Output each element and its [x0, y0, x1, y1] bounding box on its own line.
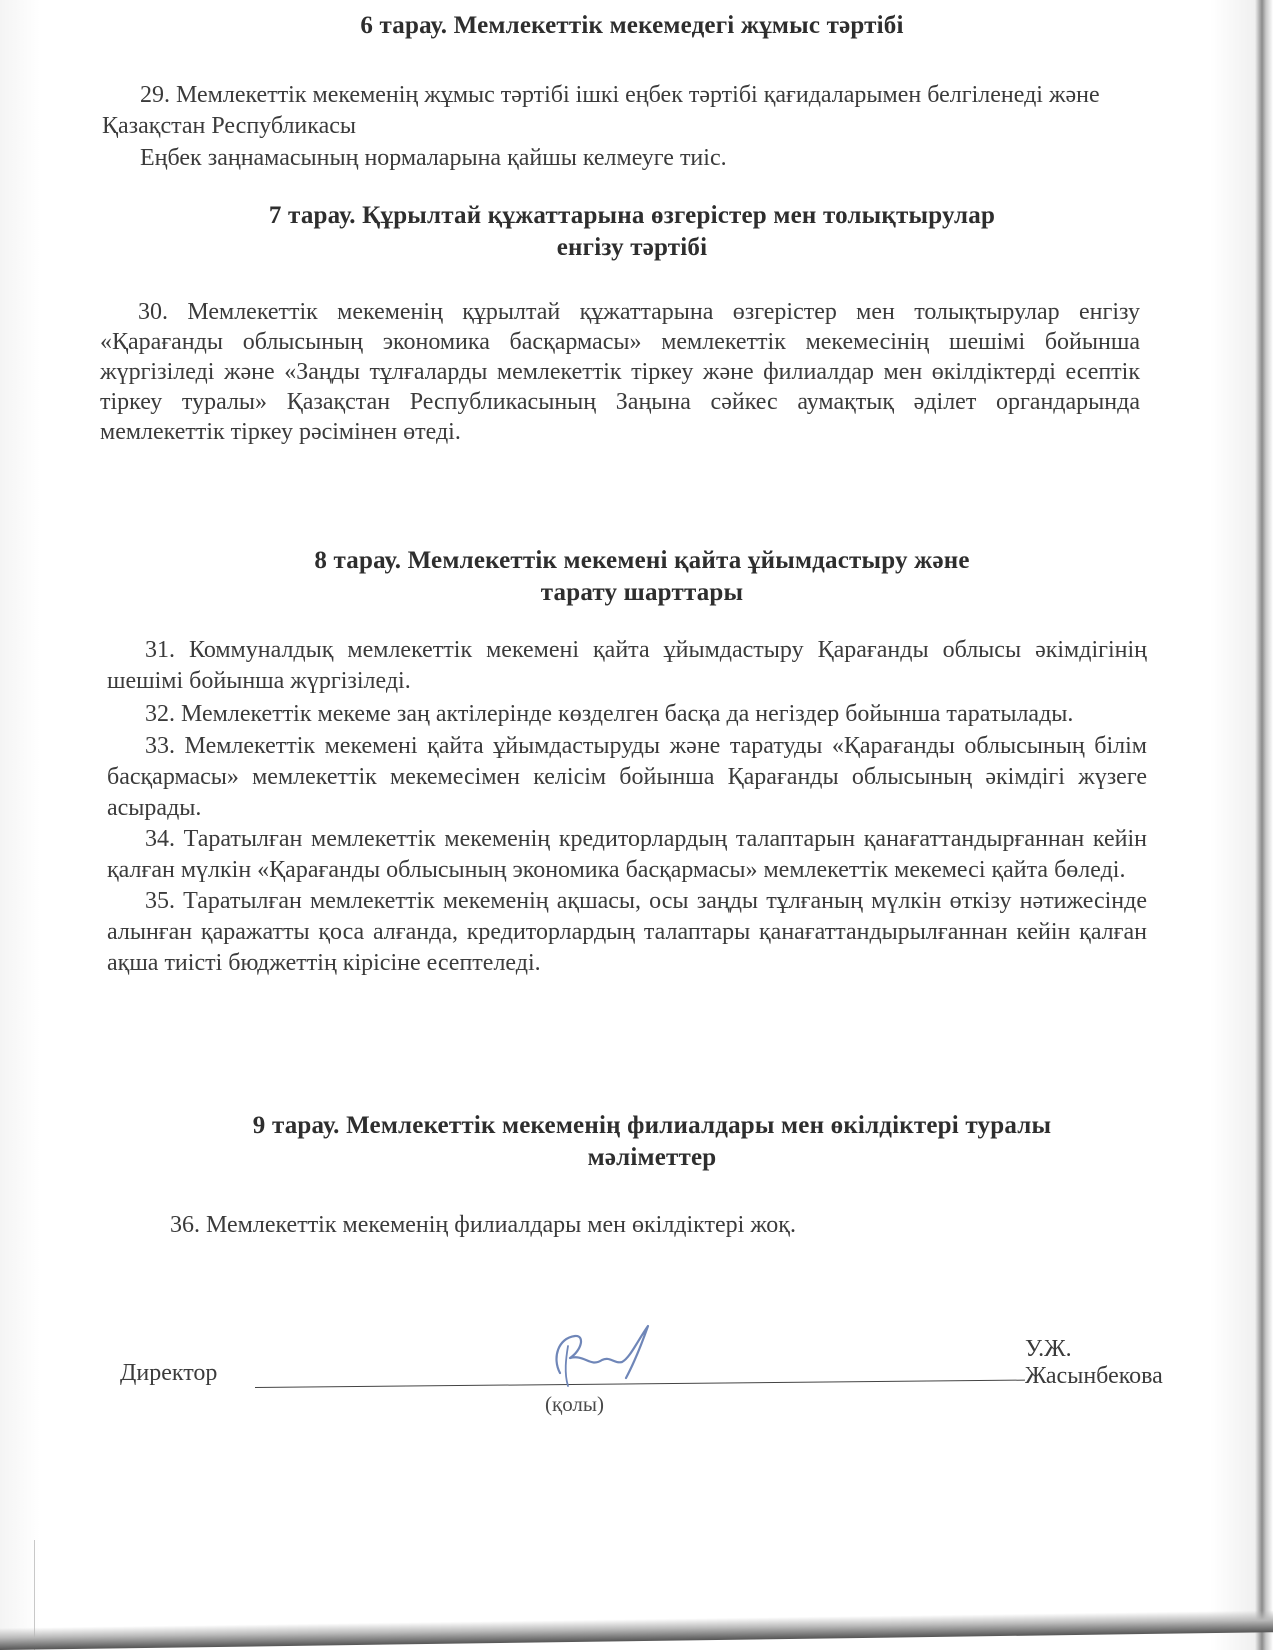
paragraph-32: 32. Мемлекеттік мекеме заң актілерінде к… — [107, 697, 1147, 731]
paragraph-text: 30. Мемлекеттік мекеменің құрылтай құжат… — [100, 297, 1140, 447]
paragraph-33: 33. Мемлекеттік мекемені қайта ұйымдасты… — [107, 731, 1147, 824]
paragraph-36: 36. Мемлекеттік мекеменің филиалдары мен… — [132, 1210, 1132, 1241]
section-heading: 8 тарау. Мемлекеттік мекемені қайта ұйым… — [112, 545, 1132, 609]
signatory-title: Директор — [120, 1360, 217, 1387]
page-edge-bottom — [0, 1592, 1273, 1650]
section-chapter-6: 6 тарау. Мемлекеттік мекемедегі жұмыс тә… — [112, 10, 1132, 42]
heading-line: 9 тарау. Мемлекеттік мекеменің филиалдар… — [172, 1110, 1132, 1142]
heading-line: мәліметтер — [172, 1142, 1132, 1174]
heading-line: 8 тарау. Мемлекеттік мекемені қайта ұйым… — [152, 545, 1132, 577]
heading-line: тарату шарттары — [152, 577, 1132, 609]
heading-line: енгізу тәртібі — [132, 232, 1132, 264]
section-chapter-8: 8 тарау. Мемлекеттік мекемені қайта ұйым… — [112, 545, 1132, 609]
paragraph-text: 36. Мемлекеттік мекеменің филиалдары мен… — [132, 1210, 1132, 1241]
section-chapter-7: 7 тарау. Құрылтай құжаттарына өзгерістер… — [112, 200, 1132, 264]
paragraph-text: Еңбек заңнамасының нормаларына қайшы кел… — [140, 143, 1140, 174]
section-chapter-9: 9 тарау. Мемлекеттік мекеменің филиалдар… — [112, 1110, 1132, 1174]
signature-block: Директор (қолы) У.Ж. Жасынбекова — [120, 1320, 1150, 1400]
paragraph-29-continued: Еңбек заңнамасының нормаларына қайшы кел… — [140, 143, 1140, 174]
paragraph-34: 34. Таратылған мемлекеттік мекеменің кре… — [107, 824, 1147, 886]
paragraph-29: 29. Мемлекеттік мекеменің жұмыс тәртібі … — [102, 80, 1132, 142]
heading-line: 6 тарау. Мемлекеттік мекемедегі жұмыс тә… — [132, 10, 1132, 42]
paragraph-text: 29. Мемлекеттік мекеменің жұмыс тәртібі … — [102, 80, 1112, 142]
section-heading: 9 тарау. Мемлекеттік мекеменің филиалдар… — [112, 1110, 1132, 1174]
section-heading: 6 тарау. Мемлекеттік мекемедегі жұмыс тә… — [112, 10, 1132, 42]
signatory-name: У.Ж. Жасынбекова — [1025, 1336, 1163, 1390]
signature-caption: (қолы) — [545, 1392, 604, 1417]
paragraph-30: 30. Мемлекеттік мекеменің құрылтай құжат… — [100, 297, 1140, 447]
paragraph-35: 35. Таратылған мемлекеттік мекеменің ақш… — [107, 886, 1147, 979]
chapter-8-paragraphs: 31. Коммуналдық мемлекеттік мекемені қай… — [107, 635, 1147, 979]
section-heading: 7 тарау. Құрылтай құжаттарына өзгерістер… — [112, 200, 1132, 264]
paragraph-31: 31. Коммуналдық мемлекеттік мекемені қай… — [107, 635, 1147, 697]
heading-line: 7 тарау. Құрылтай құжаттарына өзгерістер… — [132, 200, 1132, 232]
scanned-page: 6 тарау. Мемлекеттік мекемедегі жұмыс тә… — [0, 0, 1273, 1650]
handwritten-signature-icon — [530, 1318, 670, 1393]
